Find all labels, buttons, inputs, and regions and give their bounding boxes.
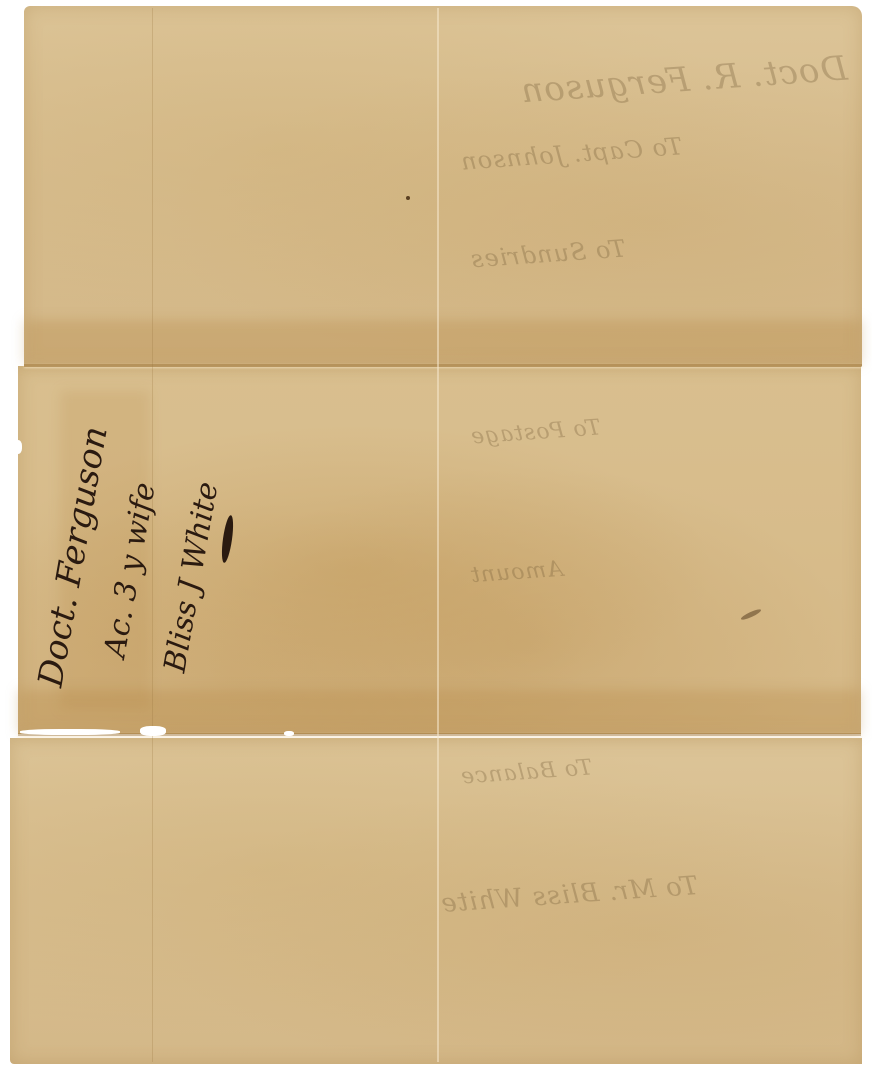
fold-line-upper [24, 364, 862, 367]
panel-bottom [10, 738, 862, 1064]
fold-line-center [437, 8, 439, 1062]
ink-speck [406, 196, 410, 200]
tear-hole [140, 726, 166, 736]
tear-small [284, 731, 294, 736]
edge-notch [12, 440, 22, 454]
document-sheet: Doct. R. Ferguson To Capt. Johnson To Su… [0, 0, 872, 1080]
fold-stain-upper [24, 320, 862, 364]
tear-left [20, 729, 120, 735]
